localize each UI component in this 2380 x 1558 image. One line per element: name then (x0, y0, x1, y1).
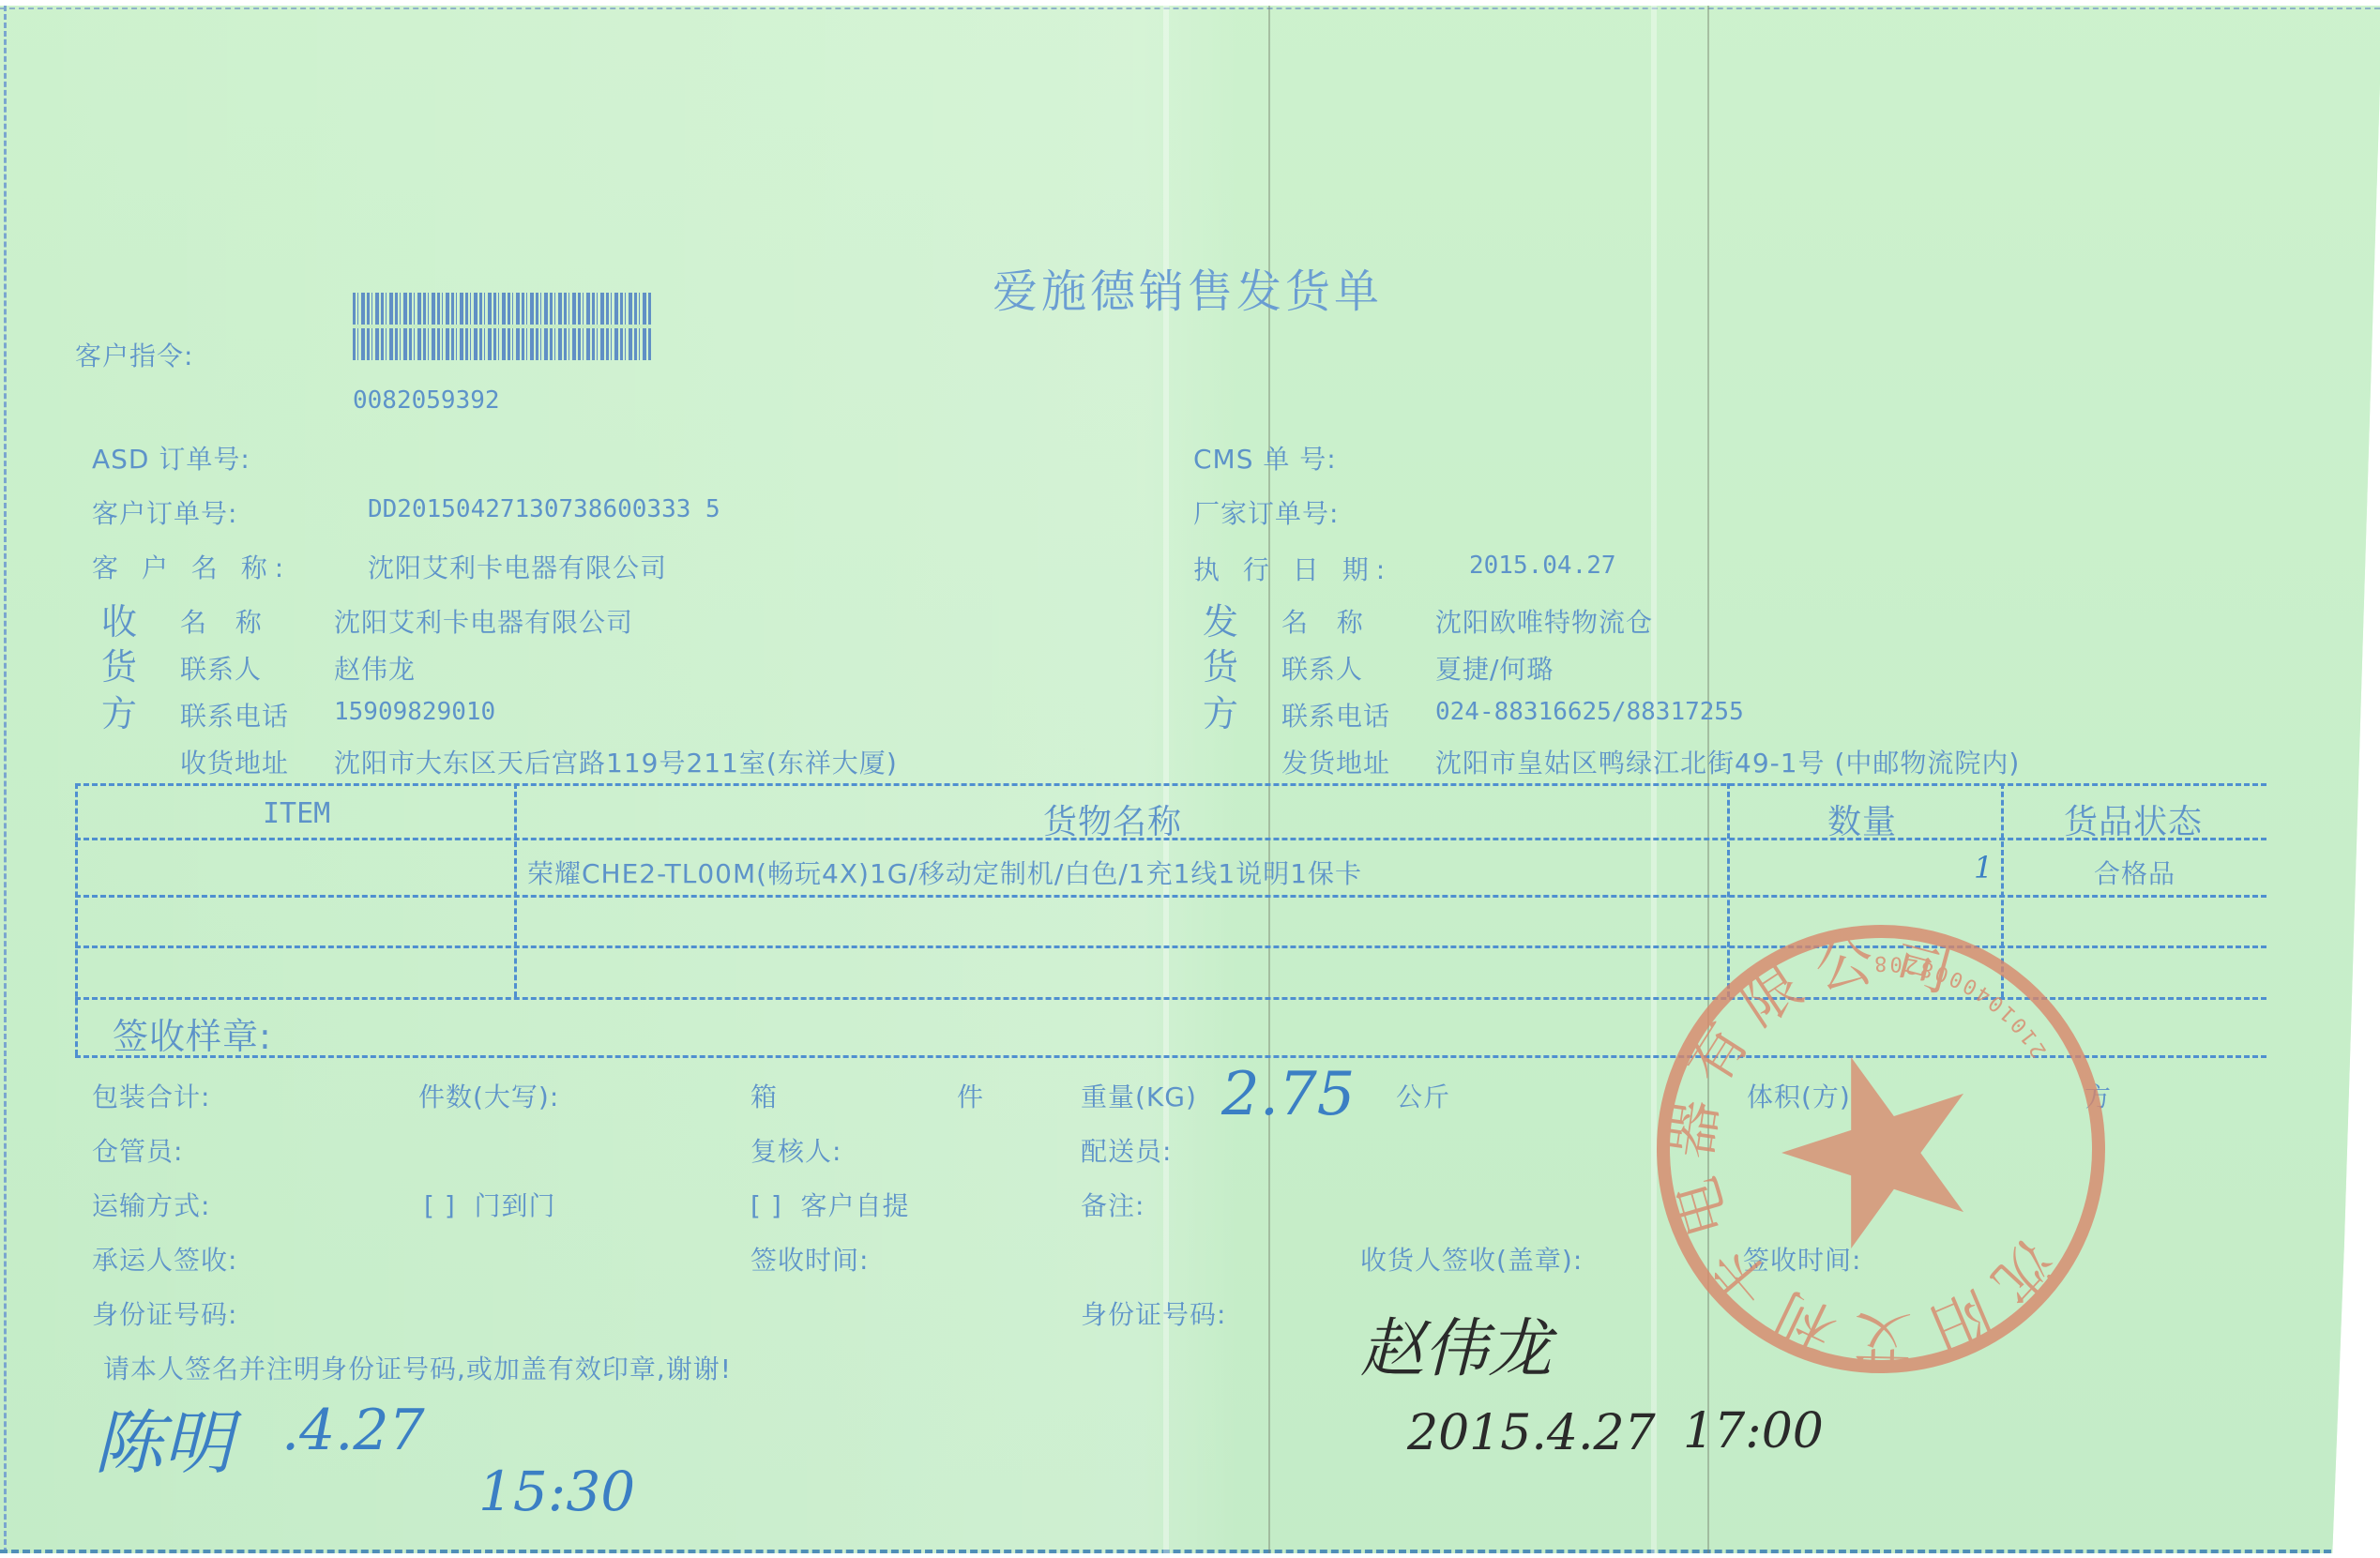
table-border (75, 1055, 2266, 1058)
customer-order-label: 客户订单号: (92, 493, 237, 531)
fold-line (1268, 6, 1270, 1553)
perforation-top (0, 8, 2380, 9)
id-number-label-right: 身份证号码: (1081, 1294, 1226, 1332)
consignee-side-label: 方 (101, 685, 138, 736)
shipper-side-label: 发 (1203, 593, 1239, 644)
shipper-name-label: 名 称 (1281, 602, 1364, 640)
transport-label: 运输方式: (92, 1186, 210, 1223)
row-quantity: 1 (1974, 850, 1993, 885)
shipper-contact-value: 夏捷/何璐 (1435, 649, 1554, 687)
consignee-name-value: 沈阳艾利卡电器有限公司 (334, 602, 633, 640)
customer-name-value: 沈阳艾利卡电器有限公司 (368, 548, 667, 585)
shipper-side-label: 货 (1203, 638, 1239, 689)
customer-name-label: 客 户 名 称: (92, 548, 291, 585)
table-rule (75, 895, 2266, 898)
shipper-phone-value: 024-88316625/88317255 (1435, 698, 1744, 726)
dispatcher-label: 配送员: (1081, 1131, 1172, 1169)
weight-value: 2.75 (1221, 1060, 1356, 1129)
shipper-contact-label: 联系人 (1281, 649, 1363, 687)
table-column-divider (1727, 783, 1730, 997)
column-header-status: 货品状态 (2064, 795, 2203, 843)
barcode (353, 293, 651, 360)
perforation-bottom (0, 1550, 2342, 1553)
volume-unit: 方 (2084, 1077, 2112, 1114)
sign-time-label: 签收时间: (750, 1240, 869, 1278)
reviewer-label: 复核人: (750, 1131, 841, 1169)
carrier-sign-label: 承运人签收: (92, 1240, 237, 1278)
perforation-left (4, 6, 7, 1553)
piece-label: 件 (957, 1077, 984, 1114)
exec-date-label: 执 行 日 期: (1193, 550, 1392, 587)
consignee-sign-label: 收货人签收(盖章): (1360, 1240, 1583, 1278)
customer-order-value: DD20150427130738600333 5 (368, 495, 720, 523)
option-door-to-door[interactable]: [ ] 门到门 (424, 1186, 556, 1223)
column-header-goods-name: 货物名称 (1043, 795, 1182, 843)
table-border (75, 783, 78, 1055)
shipper-side-label: 方 (1203, 685, 1239, 736)
option-customer-pickup[interactable]: [ ] 客户自提 (750, 1186, 910, 1223)
document-title: 爱施德销售发货单 (993, 255, 1383, 320)
weight-label: 重量(KG) (1081, 1077, 1197, 1114)
exec-date-value: 2015.04.27 (1469, 552, 1616, 580)
shipper-name-value: 沈阳欧唯特物流仓 (1435, 602, 1653, 640)
column-header-quantity: 数量 (1827, 795, 1897, 843)
row-goods-name: 荣耀CHE2-TL00M(畅玩4X)1G/移动定制机/白色/1充1线1说明1保卡 (527, 854, 1362, 891)
pieces-label: 件数(大写): (418, 1077, 559, 1114)
consignee-side-label: 收 (101, 593, 138, 644)
table-rule (75, 945, 2266, 948)
shipper-phone-label: 联系电话 (1281, 696, 1390, 734)
pack-total-label: 包装合计: (92, 1077, 210, 1114)
consignee-sign-time-label: 签收时间: (1743, 1240, 1861, 1278)
consignee-contact-value: 赵伟龙 (334, 649, 416, 687)
consignee-side-label: 货 (101, 638, 138, 689)
consignee-sign-date: 2015.4.27 (1407, 1405, 1656, 1461)
consignee-phone-label: 联系电话 (180, 696, 289, 734)
id-number-label-left: 身份证号码: (92, 1294, 237, 1332)
table-border (75, 783, 2266, 786)
consignee-phone-value: 15909829010 (334, 698, 495, 726)
box-label: 箱 (750, 1077, 778, 1114)
consignee-sign-time: 17:00 (1683, 1403, 1824, 1460)
carrier-time: 15:30 (478, 1460, 635, 1523)
consignee-signature: 赵伟龙 (1360, 1298, 1552, 1389)
sign-sample-label: 签收样章: (113, 1007, 272, 1059)
consignee-address-value: 沈阳市大东区天后宫路119号211室(东祥大厦) (334, 743, 898, 780)
warehouse-keeper-label: 仓管员: (92, 1131, 183, 1169)
table-column-divider (2001, 783, 2004, 997)
volume-label: 体积(方) (1747, 1077, 1851, 1114)
shipper-address-label: 发货地址 (1281, 743, 1390, 780)
row-status: 合格品 (2094, 854, 2175, 891)
customer-instruction-label: 客户指令: (75, 336, 193, 373)
carrier-signature: 陈明 (94, 1388, 233, 1488)
table-column-divider (514, 783, 517, 997)
remark-label: 备注: (1081, 1186, 1145, 1223)
shipper-address-value: 沈阳市皇姑区鸭绿江北街49-1号 (中邮物流院内) (1435, 743, 2020, 780)
carrier-date: .4.27 (281, 1398, 425, 1463)
consignee-name-label: 名 称 (180, 602, 263, 640)
table-rule (75, 997, 2266, 1000)
consignee-address-label: 收货地址 (180, 743, 289, 780)
signature-notice: 请本人签名并注明身份证号码,或加盖有效印章,谢谢! (103, 1349, 732, 1386)
asd-order-label: ASD 订单号: (92, 439, 250, 476)
cms-order-label: CMS 单 号: (1193, 439, 1337, 476)
column-header-item: ITEM (263, 797, 330, 830)
weight-unit: 公斤 (1396, 1077, 1450, 1114)
factory-order-label: 厂家订单号: (1193, 493, 1339, 531)
consignee-contact-label: 联系人 (180, 649, 262, 687)
barcode-number: 0082059392 (353, 386, 500, 415)
